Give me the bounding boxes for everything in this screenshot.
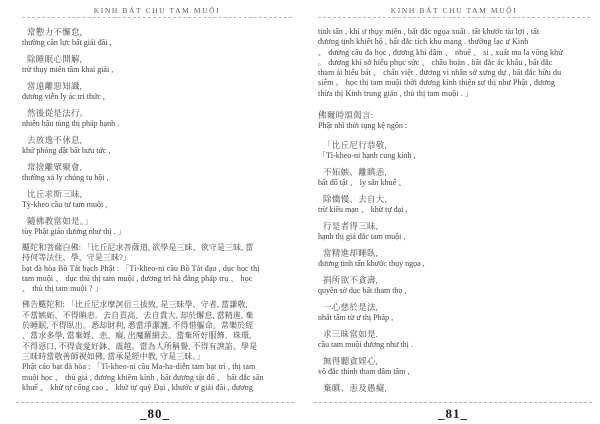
prose-line: Phật cáo bạt đà hòa : 「Tì-kheo-ni cầu Ma… (22, 362, 292, 372)
verse-line-chinese: 求三昧當如是. (318, 329, 590, 340)
verse-line-vietnamese: hạnh thị giả đắc tam muội , (318, 232, 590, 243)
verse-line-chinese: 行是者得三昧, (318, 221, 590, 232)
verse-couplet: 除憍慢、去自大, trừ kiêu mạn 、 khử tự đại , (318, 194, 590, 215)
verse-couplet: 捐所欲不貪壽, quyên sở dục bất tham thọ , (318, 275, 590, 296)
verse-couplet: 棄瞋、恚及愚癡, (318, 383, 590, 393)
verse-line-chinese: 棄瞋、恚及愚癡, (318, 383, 590, 393)
verse-couplet: 常捨離眾聚會, thường xả ly chúng tụ hội , (22, 162, 292, 183)
verse-line-chinese: 「比丘尼行恭敬, (318, 140, 590, 151)
verse-couplet: 一心慈於是法, nhất tâm từ ư thị Pháp , (318, 302, 590, 323)
header-rule (318, 17, 590, 18)
verse-line-vietnamese: cầu tam muội đương như thị . (318, 340, 590, 351)
verse-line-vietnamese: trừ kiêu mạn 、 khử tự đại , (318, 205, 590, 216)
prose-line: 不得惡口, 不得貪愛好鉢、震越。當為人所稱譽, 不得有諛諂。學是 (22, 342, 292, 352)
prose-line: 持何等法住、學、守是三昧?」 (22, 253, 292, 263)
footer-rule (314, 402, 592, 403)
verse-couplet: 除睡眠心開解, trừ thụy miên tâm khai giải , (22, 54, 292, 75)
prose-line: tam muội 、 dục thủ thị tam muội , đương … (22, 274, 292, 284)
prose-line: 、 thủ thị tam muội ? 」 (22, 284, 292, 294)
verse-line-vietnamese: thường xả ly chúng tụ hội , (22, 173, 292, 184)
footer-rule (16, 402, 294, 403)
prose-line: siểm 。 học thị tam muội thời đương kính … (318, 78, 590, 88)
page-81-footer: _81_ (314, 400, 592, 422)
page-80-body: 常懃力不懈怠, thường cần lực bất giải đãi , 除睡… (22, 27, 292, 393)
verse-line-chinese: 除憍慢、去自大, (318, 194, 590, 205)
verse-couplet: 去放逸不休息, khử phóng dật bất hưu tức , (22, 135, 292, 156)
prose-line: 、當求多學, 當棄婬、恚、癡, 出魔羅網去。當棄所好服飾、珠環, (22, 331, 292, 341)
verse-intro-couplet: 佛爾時頌偈言: Phật nhĩ thời tụng kệ ngôn : (318, 110, 590, 131)
verse-line-vietnamese: đương viễn ly ác tri thức , (22, 92, 292, 103)
prose-paragraph: 颰陀和菩薩白佛: 「比丘尼求菩薩道, 欲學是三昧、欲守是三昧, 當 持何等法住、… (22, 243, 292, 294)
verse-couplet: 比丘求斯三昧, Tỳ-kheo cầu tư tam muội , (22, 189, 292, 210)
prose-line: 、 đương cầu đa học , đương khí dâm 、 nhu… (318, 48, 590, 58)
verse-line-chinese: 捐所欲不貪壽, (318, 275, 590, 286)
verse-line-chinese: 隨佛教當如是。」 (22, 216, 292, 227)
verse-line-vietnamese: bất đố tật 、 ly sân khuể 、 (318, 178, 590, 189)
verse-couplet: 無得聽貪婬心, vô đắc thính tham dâm tâm , (318, 356, 590, 377)
verse-line-chinese: 無得聽貪婬心, (318, 356, 590, 367)
page-number: _81_ (314, 405, 592, 422)
prose-line: khuể 、 khử tự cống cao 、 khử tự quý Đại … (22, 383, 292, 393)
verse-line-vietnamese: đương tinh tấn khước thụy ngọa , (318, 259, 590, 270)
prose-line: 三昧時當敬善師視如佛, 當承是經中教, 守是三昧。」 (22, 352, 292, 362)
prose-line: tham ái hiếu bát 、 chấn việt . đương vi … (318, 68, 590, 78)
prose-line: 佛告颰陀和: 「比丘尼求摩訶衍三拔致, 是三昧學、守者, 當謙敬, (22, 300, 292, 310)
verse-line-vietnamese: quyên sở dục bất tham thọ , (318, 286, 590, 297)
page-number: _80_ (16, 405, 294, 422)
verse-line-chinese: 除睡眠心開解, (22, 54, 292, 65)
verse-line-vietnamese: khử phóng dật bất hưu tức , (22, 146, 292, 157)
prose-line: thừa thị Kinh trung giáo , thủ thị tam m… (318, 89, 590, 99)
header-rule (22, 17, 292, 18)
verse-couplet: 「比丘尼行恭敬, 「Tì-kheo-ni hạnh cung kính , (318, 140, 590, 161)
prose-line: 。 đương khí sở hiếu phục sức 、 châu hoàn… (318, 58, 590, 68)
verse-line-vietnamese: thường cần lực bất giải đãi , (22, 38, 292, 49)
verse-line-chinese: 一心慈於是法, (318, 302, 590, 313)
verse-couplet: 行是者得三昧, hạnh thị giả đắc tam muội , (318, 221, 590, 242)
verse-line-vietnamese: Tỳ-kheo cầu tư tam muội , (22, 200, 292, 211)
verse-line-chinese: 去放逸不休息, (22, 135, 292, 146)
prose-line: đương tịnh khiết hộ , bất đắc tích khu m… (318, 37, 590, 47)
verse-section: 「比丘尼行恭敬, 「Tì-kheo-ni hạnh cung kính , 不妬… (318, 140, 590, 393)
verse-couplet: 當遠離惡知識, đương viễn ly ác tri thức , (22, 81, 292, 102)
verse-line-chinese: 常捨離眾聚會, (22, 162, 292, 173)
page-80-footer: _80_ (16, 400, 294, 422)
verse-couplet: 當精進却睡臥, đương tinh tấn khước thụy ngọa , (318, 248, 590, 269)
prose-line: muội học 、 thủ giả , đương khiêm kính , … (22, 373, 292, 383)
verse-line-vietnamese: trừ thụy miên tâm khai giải , (22, 65, 292, 76)
prose-line: 不當嫉妬、不得瞋恚。去自貢高、去自貴大, 却於懈怠, 當精進, 棄 (22, 311, 292, 321)
verse-line-chinese: 常懃力不懈怠, (22, 27, 292, 38)
verse-section: 常懃力不懈怠, thường cần lực bất giải đãi , 除睡… (22, 27, 292, 237)
verse-intro-vietnamese: Phật nhĩ thời tụng kệ ngôn : (318, 121, 590, 132)
prose-paragraph: 佛告颰陀和: 「比丘尼求摩訶衍三拔致, 是三昧學、守者, 當謙敬, 不當嫉妬、不… (22, 300, 292, 393)
prose-line: bạt đà hòa Bồ Tát bạch Phật : 「Tì-kheo-n… (22, 264, 292, 274)
page-81: KINH BÁT CHU TAM MUỘI tinh tấn , khí ư t… (300, 0, 600, 424)
page-81-body: tinh tấn , khí ư thụy miên , bất đắc ngọ… (318, 27, 590, 393)
prose-line: tinh tấn , khí ư thụy miên , bất đắc ngọ… (318, 27, 590, 37)
verse-line-chinese: 比丘求斯三昧, (22, 189, 292, 200)
verse-couplet: 求三昧當如是. cầu tam muội đương như thị . (318, 329, 590, 350)
prose-line: 颰陀和菩薩白佛: 「比丘尼求菩薩道, 欲學是三昧、欲守是三昧, 當 (22, 243, 292, 253)
verse-couplet: 不妬嫉、離瞋恚, bất đố tật 、 ly sân khuể 、 (318, 167, 590, 188)
verse-line-chinese: 當精進却睡臥, (318, 248, 590, 259)
verse-line-vietnamese: 「Tì-kheo-ni hạnh cung kính , (318, 151, 590, 162)
verse-couplet: 隨佛教當如是。」 tùy Phật giáo đương như thị . 」 (22, 216, 292, 237)
verse-line-vietnamese: nhiên hậu tùng thị pháp hạnh . (22, 119, 292, 130)
page-80: KINH BÁT CHU TAM MUỘI 常懃力不懈怠, thường cần… (0, 0, 300, 424)
verse-couplet: 常懃力不懈怠, thường cần lực bất giải đãi , (22, 27, 292, 48)
verse-line-vietnamese: tùy Phật giáo đương như thị . 」 (22, 227, 292, 238)
prose-paragraph: tinh tấn , khí ư thụy miên , bất đắc ngọ… (318, 27, 590, 99)
book-spread: KINH BÁT CHU TAM MUỘI 常懃力不懈怠, thường cần… (0, 0, 600, 424)
verse-couplet: 然後從是法行。 nhiên hậu tùng thị pháp hạnh . (22, 108, 292, 129)
verse-line-chinese: 當遠離惡知識, (22, 81, 292, 92)
verse-line-vietnamese: nhất tâm từ ư thị Pháp , (318, 313, 590, 324)
verse-line-vietnamese: vô đắc thính tham dâm tâm , (318, 367, 590, 378)
running-header: KINH BÁT CHU TAM MUỘI (22, 6, 292, 15)
verse-line-chinese: 不妬嫉、離瞋恚, (318, 167, 590, 178)
verse-line-chinese: 然後從是法行。 (22, 108, 292, 119)
running-header: KINH BÁT CHU TAM MUỘI (318, 6, 590, 15)
prose-line: 於睡眠, 不得臥出。悉却財利, 悉當淨潔護, 不得惜軀命。常樂於經 (22, 321, 292, 331)
verse-intro-chinese: 佛爾時頌偈言: (318, 110, 590, 121)
